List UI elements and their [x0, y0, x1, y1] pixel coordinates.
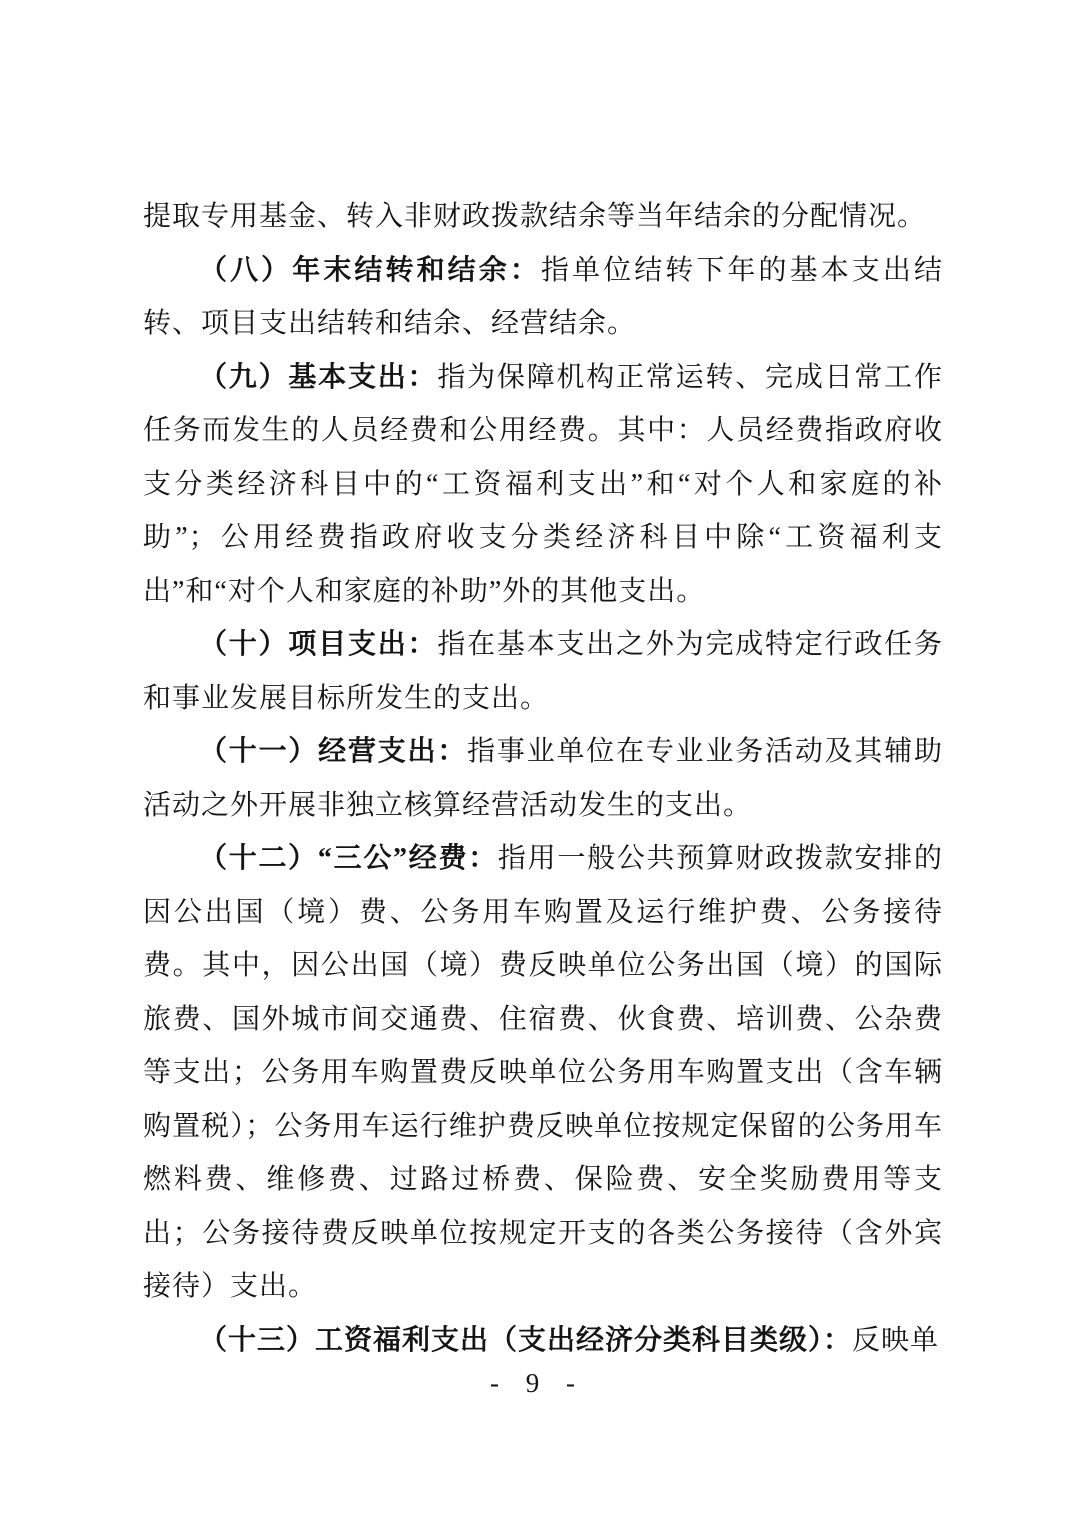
document-body: 提取专用基金、转入非财政拨款结余等当年结余的分配情况。 （八）年末结转和结余：指…: [143, 190, 943, 1367]
paragraph-clause-13: （十三）工资福利支出（支出经济分类科目类级）：反映单: [143, 1314, 943, 1368]
clause-heading: （十三）工资福利支出（支出经济分类科目类级）：: [199, 1325, 852, 1356]
clause-heading: （十）项目支出：: [199, 629, 437, 660]
clause-body: 提取专用基金、转入非财政拨款结余等当年结余的分配情况。: [143, 201, 926, 232]
clause-heading: （八）年末结转和结余：: [199, 255, 541, 286]
paragraph-clause-10: （十）项目支出：指在基本支出之外为完成特定行政任务和事业发展目标所发生的支出。: [143, 618, 943, 725]
paragraph-continuation: 提取专用基金、转入非财政拨款结余等当年结余的分配情况。: [143, 190, 943, 244]
clause-heading: （十二）“三公”经费：: [199, 843, 498, 874]
paragraph-clause-11: （十一）经营支出：指事业单位在专业业务活动及其辅助活动之外开展非独立核算经营活动…: [143, 725, 943, 832]
paragraph-clause-8: （八）年末结转和结余：指单位结转下年的基本支出结转、项目支出结转和结余、经营结余…: [143, 244, 943, 351]
page-number: - 9 -: [0, 1368, 1075, 1399]
document-page: 提取专用基金、转入非财政拨款结余等当年结余的分配情况。 （八）年末结转和结余：指…: [0, 0, 1075, 1520]
clause-heading: （九）基本支出：: [199, 362, 437, 393]
paragraph-clause-9: （九）基本支出：指为保障机构正常运转、完成日常工作任务而发生的人员经费和公用经费…: [143, 351, 943, 619]
clause-body: 指用一般公共预算财政拨款安排的因公出国（境）费、公务用车购置及运行维护费、公务接…: [143, 843, 943, 1302]
clause-heading: （十一）经营支出：: [199, 736, 467, 767]
clause-body: 指为保障机构正常运转、完成日常工作任务而发生的人员经费和公用经费。其中：人员经费…: [143, 362, 943, 607]
clause-body: 反映单: [852, 1325, 939, 1356]
paragraph-clause-12: （十二）“三公”经费：指用一般公共预算财政拨款安排的因公出国（境）费、公务用车购…: [143, 832, 943, 1314]
